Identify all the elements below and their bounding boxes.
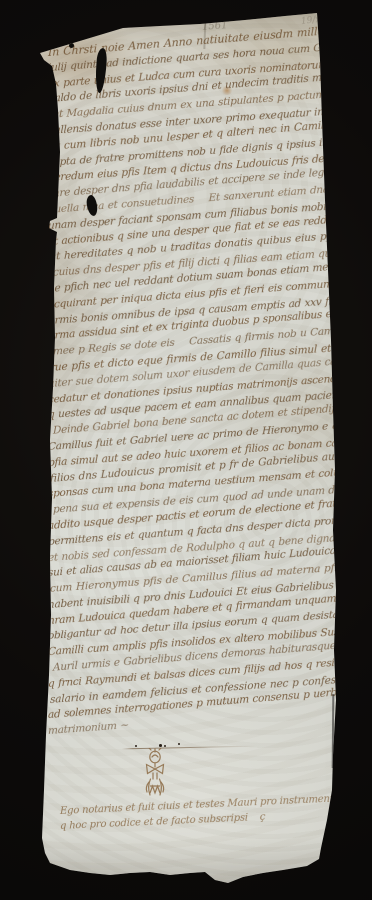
photo-background: 1561 19/x In Chrsti noie Amen Anno natiu… (0, 0, 372, 900)
ink-dot (164, 745, 166, 747)
ink-dot (159, 744, 162, 747)
ink-dot (135, 745, 137, 747)
ink-dot (178, 743, 180, 745)
document-paper: 1561 19/x In Chrsti noie Amen Anno natiu… (0, 0, 372, 900)
paper-speck (69, 43, 74, 48)
paper-edge-crack (332, 694, 335, 768)
notary-sign-icon (141, 748, 169, 798)
manuscript-text-block: In Chrsti noie Amen Anno natiuitate eius… (48, 24, 348, 741)
